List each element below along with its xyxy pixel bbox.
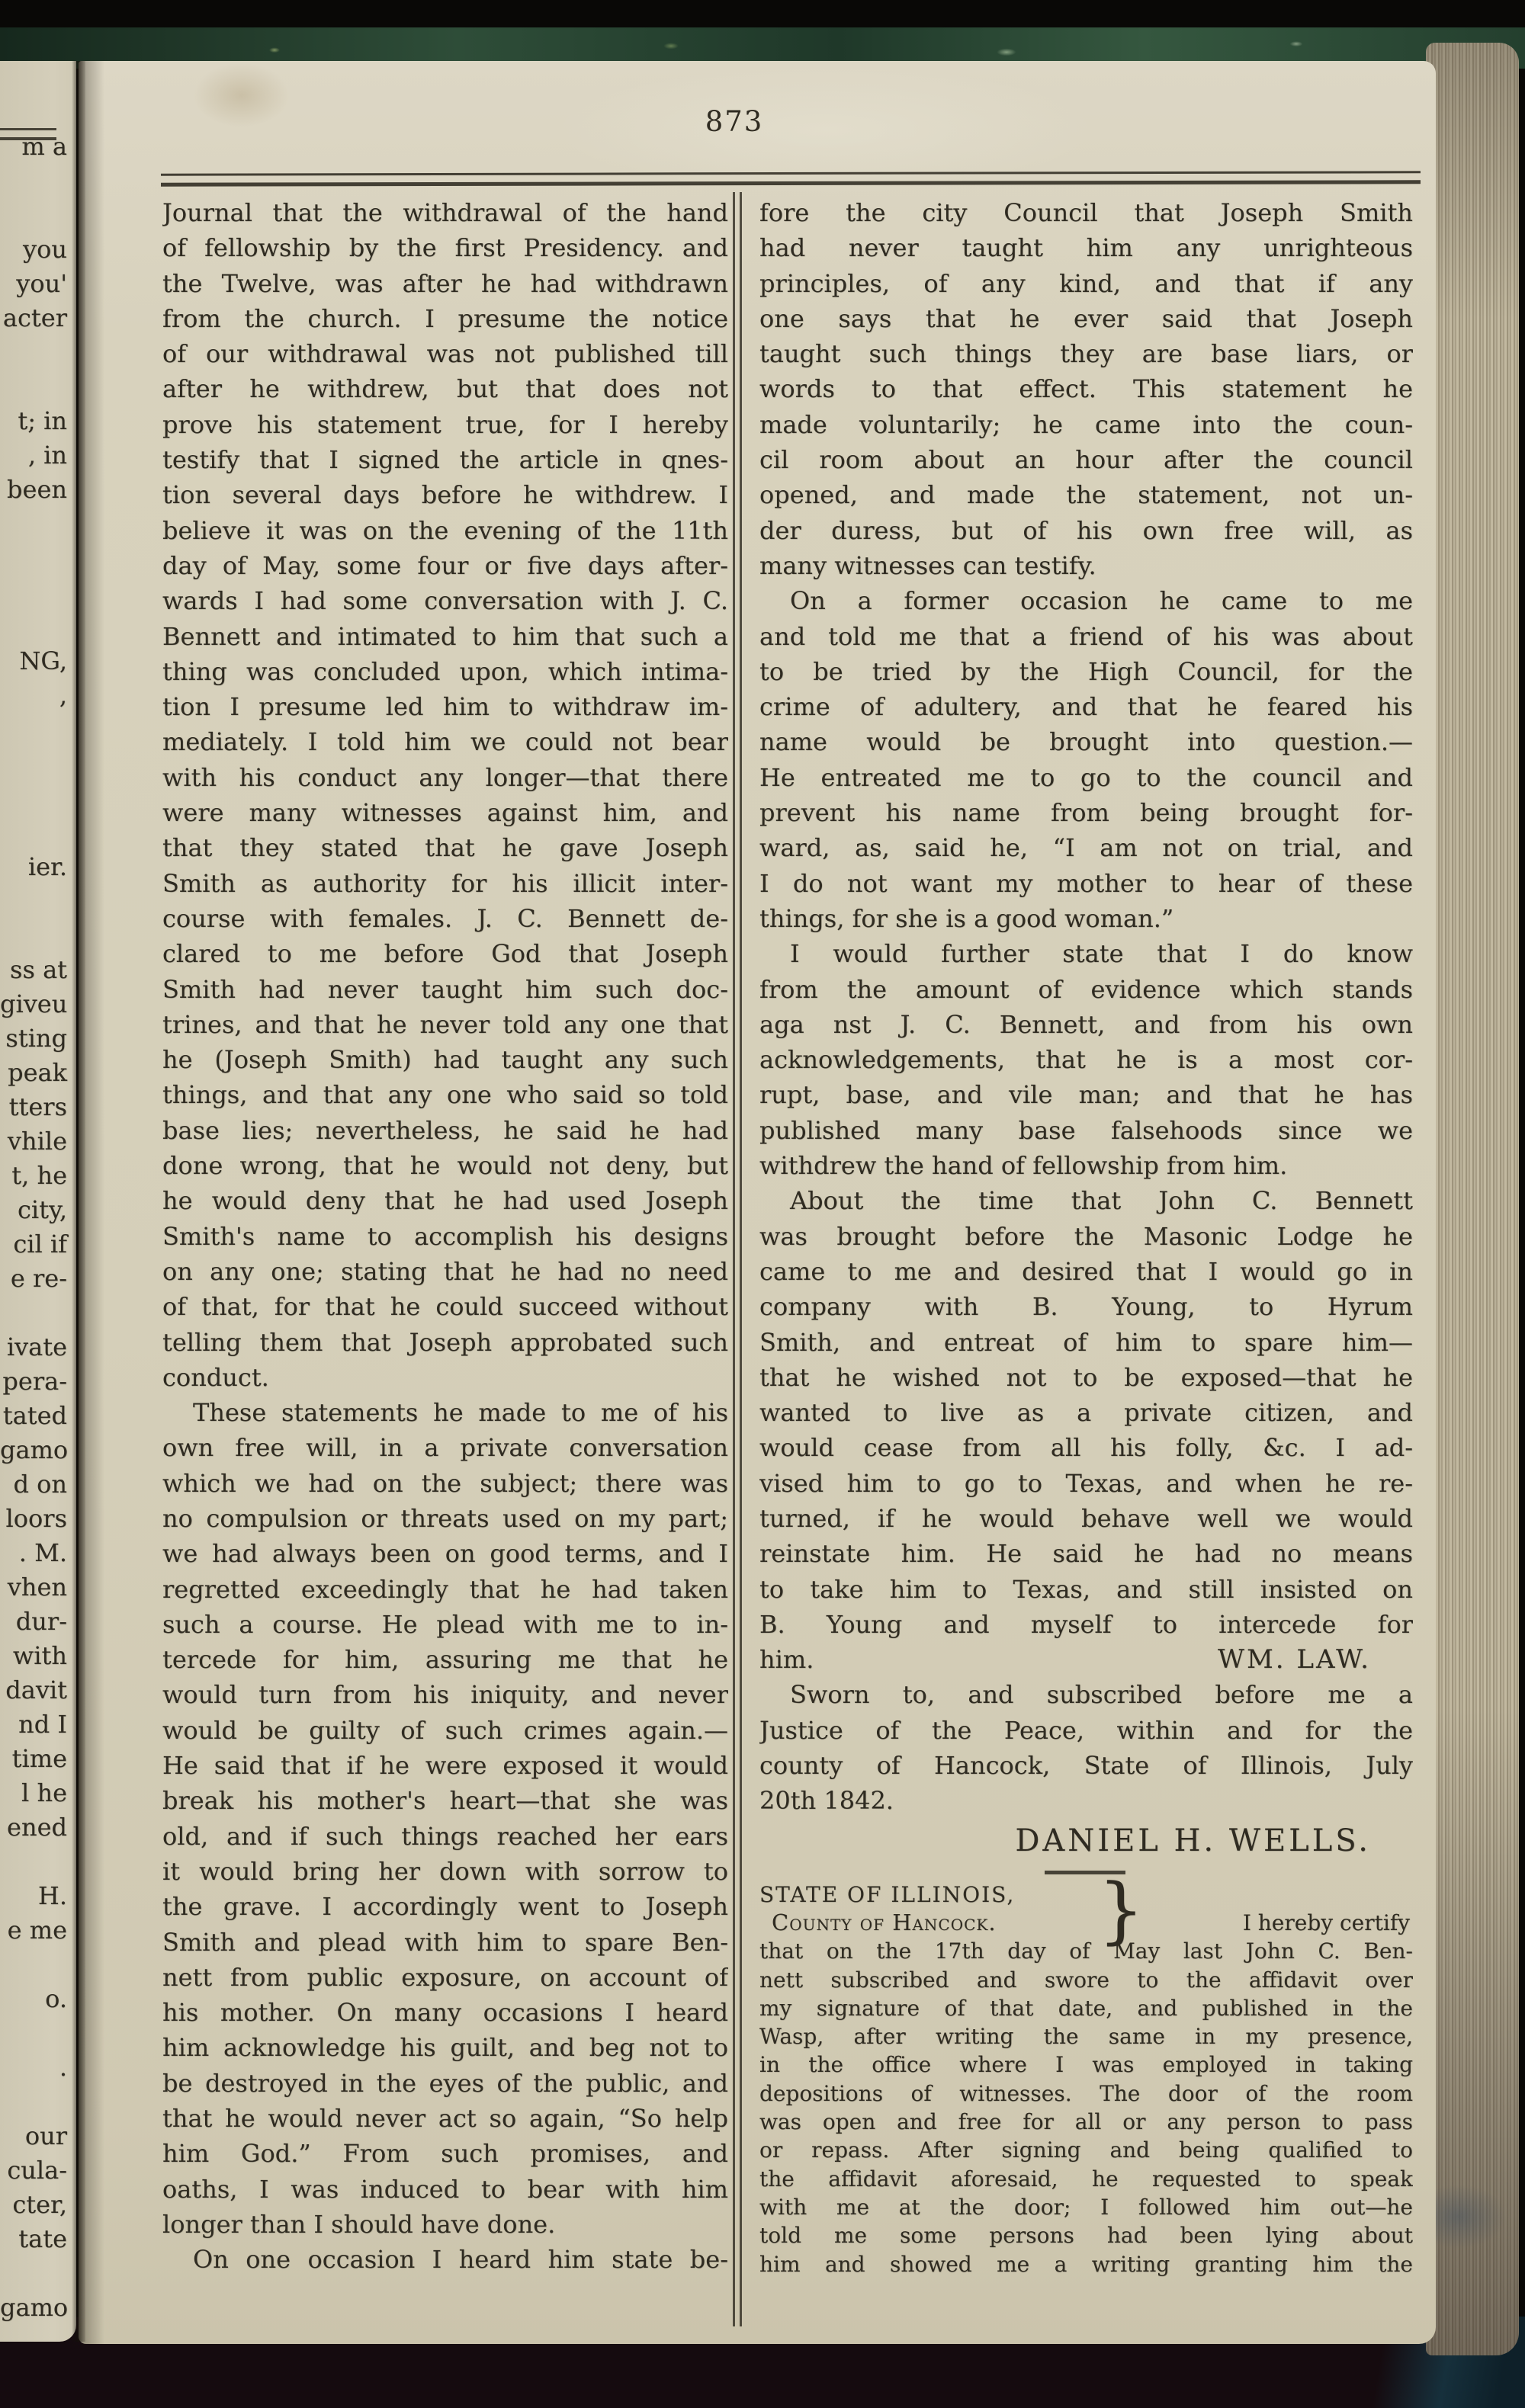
text-line: mediately. I told him we could not bear <box>162 724 728 759</box>
text-line: him God.” From such promises, and <box>162 2136 728 2171</box>
margin-fragment: o. <box>0 1982 76 2016</box>
margin-fragment: . <box>0 2050 76 2085</box>
text-line: from the church. I presume the notice <box>162 301 728 336</box>
text-line: rupt, base, and vile man; and that he ha… <box>759 1077 1413 1112</box>
text-line: to take him to Texas, and still insisted… <box>759 1572 1413 1607</box>
margin-fragment <box>0 198 76 232</box>
header-rule <box>161 171 1421 186</box>
text-line: that they stated that he gave Joseph <box>162 830 728 865</box>
text-line: on any one; stating that he had no need <box>162 1254 728 1289</box>
county-heading: County of Hancock. <box>759 1909 997 1937</box>
margin-fragment <box>0 781 76 816</box>
text-line: vised him to go to Texas, and when he re… <box>759 1466 1413 1501</box>
text-line: telling them that Joseph approbated such <box>162 1325 728 1360</box>
text-line: tercede for him, assuring me that he <box>162 1642 728 1677</box>
text-line: be destroyed in the eyes of the public, … <box>162 2066 728 2101</box>
margin-fragment: you <box>0 232 76 267</box>
text-line: der duress, but of his own free will, as <box>759 513 1413 548</box>
margin-fragment: e re- <box>0 1262 76 1296</box>
text-line: were many witnesses against him, and <box>162 795 728 830</box>
text-line: Smith as authority for his illicit inter… <box>162 866 728 901</box>
certificate-line: him and showed me a writing granting him… <box>759 2250 1413 2278</box>
text-line: Sworn to, and subscribed before me a <box>759 1677 1413 1712</box>
text-line: reinstate him. He said he had no means <box>759 1536 1413 1571</box>
attestation-signature: DANIEL H. WELLS. <box>759 1819 1413 1863</box>
text-line: About the time that John C. Bennett <box>759 1183 1413 1218</box>
margin-fragment <box>0 576 76 610</box>
certificate-line: told me some persons had been lying abou… <box>759 2221 1413 2249</box>
margin-fragment: l he <box>0 1776 76 1810</box>
text-line: the Twelve, was after he had withdrawn <box>162 266 728 301</box>
page: 873 Journal that the withdrawal of the h… <box>79 61 1436 2344</box>
text-line: to be tried by the High Council, for the <box>759 654 1413 689</box>
text-line: which we had on the subject; there was <box>162 1466 728 1501</box>
text-line: things, for she is a good woman.” <box>759 901 1413 936</box>
margin-fragment <box>0 2016 76 2050</box>
margin-fragment: tate <box>0 2222 76 2256</box>
margin-fragment: you' <box>0 267 76 301</box>
margin-fragment: ier. <box>0 850 76 884</box>
text-line: thing was concluded upon, which intima- <box>162 654 728 689</box>
text-line: break his mother's heart—that she was <box>162 1783 728 1818</box>
margin-fragment <box>0 747 76 781</box>
margin-fragment <box>0 164 76 198</box>
text-line: On a former occasion he came to me <box>759 583 1413 618</box>
certificate-line: Wasp, after writing the same in my prese… <box>759 2022 1413 2050</box>
state-heading: STATE OF ILLINOIS, <box>759 1881 1413 1909</box>
margin-fragment <box>0 919 76 953</box>
text-line: Justice of the Peace, within and for the <box>759 1713 1413 1748</box>
text-line: county of Hancock, State of Illinois, Ju… <box>759 1748 1413 1783</box>
margin-fragment: been <box>0 473 76 507</box>
text-line: words to that effect. This statement he <box>759 371 1413 406</box>
text-line: the grave. I accordingly went to Joseph <box>162 1889 728 1924</box>
text-line: it would bring her down with sorrow to <box>162 1854 728 1889</box>
left-column: Journal that the withdrawal of the hando… <box>162 195 728 2278</box>
right-column: fore the city Council that Joseph Smithh… <box>759 195 1413 2278</box>
text-line: company with B. Young, to Hyrum <box>759 1289 1413 1324</box>
text-line: I would further state that I do know <box>759 936 1413 971</box>
certificate-lines: that on the 17th day of May last John C.… <box>759 1937 1413 2278</box>
margin-fragment: sting <box>0 1021 76 1056</box>
text-line: name would be brought into question.— <box>759 724 1413 759</box>
text-line: longer than I should have done. <box>162 2207 728 2242</box>
text-line: prove his statement true, for I hereby <box>162 407 728 442</box>
margin-fragment: city, <box>0 1193 76 1227</box>
text-line: On one occasion I heard him state be- <box>162 2242 728 2277</box>
column-divider <box>733 192 742 2326</box>
margin-fragment <box>0 1948 76 1982</box>
margin-fragment <box>0 610 76 644</box>
margin-fragment: loors <box>0 1502 76 1536</box>
margin-fragment <box>0 507 76 541</box>
text-line: from the amount of evidence which stands <box>759 972 1413 1007</box>
text-line: believe it was on the evening of the 11t… <box>162 513 728 548</box>
margin-fragment: ivate <box>0 1330 76 1364</box>
text-line: he would deny that he had used Joseph <box>162 1183 728 1218</box>
text-line: he (Joseph Smith) had taught any such <box>162 1042 728 1077</box>
margin-fragment: NG, <box>0 644 76 678</box>
text-line: aga nst J. C. Bennett, and from his own <box>759 1007 1413 1042</box>
text-line: with his conduct any longer—that there <box>162 760 728 795</box>
text-line: tion I presume led him to withdraw im- <box>162 689 728 724</box>
text-line: him acknowledge his guilt, and beg not t… <box>162 2030 728 2065</box>
margin-fragment: ened <box>0 1810 76 1845</box>
margin-fragment: t, he <box>0 1159 76 1193</box>
margin-fragment: ss at <box>0 953 76 987</box>
certificate-line: my signature of that date, and published… <box>759 1994 1413 2022</box>
text-line: done wrong, that he would not deny, but <box>162 1148 728 1183</box>
text-line: many witnesses can testify. <box>759 548 1413 583</box>
margin-fragment: vhile <box>0 1124 76 1159</box>
text-line: B. Young and myself to intercede for <box>759 1607 1413 1642</box>
text-line: Journal that the withdrawal of the hand <box>162 195 728 230</box>
text-line: nett from public exposure, on account of <box>162 1960 728 1995</box>
text-line: Smith, and entreat of him to spare him— <box>759 1325 1413 1360</box>
margin-fragment <box>0 2085 76 2119</box>
certificate-line: or repass. After signing and being quali… <box>759 2136 1413 2164</box>
text-line: was brought before the Masonic Lodge he <box>759 1219 1413 1254</box>
text-line: taught such things they are base liars, … <box>759 336 1413 371</box>
margin-fragment <box>0 541 76 576</box>
certificate-block: } STATE OF ILLINOIS, County of Hancock. … <box>759 1881 1413 2278</box>
facing-page-edge: m ayouyou'actert; in, inbeenNG,,ier.ss a… <box>0 61 76 2342</box>
margin-fragment: nd I <box>0 1707 76 1742</box>
margin-fragment: peak <box>0 1056 76 1090</box>
margin-fragment: tters <box>0 1090 76 1124</box>
gutter-shadow <box>72 61 85 2342</box>
text-line: testify that I signed the article in qne… <box>162 442 728 477</box>
margin-fragment: t; in <box>0 404 76 438</box>
text-line: would be guilty of such crimes again.— <box>162 1713 728 1748</box>
text-line: principles, of any kind, and that if any <box>759 266 1413 301</box>
margin-fragment: cil if <box>0 1227 76 1262</box>
text-line: of that, for that he could succeed witho… <box>162 1289 728 1324</box>
margin-fragment: gamo <box>0 2291 76 2325</box>
text-line: of fellowship by the first Presidency. a… <box>162 230 728 265</box>
margin-fragment: giveu <box>0 987 76 1021</box>
text-line: oaths, I was induced to bear with him <box>162 2172 728 2207</box>
certificate-line: was open and free for all or any person … <box>759 2108 1413 2136</box>
text-line: conduct. <box>162 1360 728 1395</box>
certificate-line: with me at the door; I followed him out—… <box>759 2193 1413 2221</box>
certificate-line: in the office where I was employed in ta… <box>759 2050 1413 2079</box>
text-line: and told me that a friend of his was abo… <box>759 619 1413 654</box>
text-line: would cease from all his folly, &c. I ad… <box>759 1430 1413 1465</box>
text-line: These statements he made to me of his <box>162 1395 728 1430</box>
margin-fragment: davit <box>0 1673 76 1707</box>
book-scan: m ayouyou'actert; in, inbeenNG,,ier.ss a… <box>0 0 1525 2408</box>
text-line: such a course. He plead with me to in- <box>162 1607 728 1642</box>
text-line: crime of adultery, and that he feared hi… <box>759 689 1413 724</box>
margin-fragment: vhen <box>0 1570 76 1605</box>
margin-fragment <box>0 713 76 747</box>
text-line: Smith's name to accomplish his designs <box>162 1219 728 1254</box>
margin-fragment: gamo <box>0 1433 76 1467</box>
text-line: him.WM. LAW. <box>759 1642 1413 1677</box>
text-line: Smith and plead with him to spare Ben- <box>162 1925 728 1960</box>
margin-fragment: d on <box>0 1467 76 1502</box>
text-line: day of May, some four or five days after… <box>162 548 728 583</box>
text-line: own free will, in a private conversation <box>162 1430 728 1465</box>
text-line: would turn from his iniquity, and never <box>162 1677 728 1712</box>
text-line: wanted to live as a private citizen, and <box>759 1395 1413 1430</box>
certificate-line: that on the 17th day of May last John C.… <box>759 1937 1413 1965</box>
text-line: turned, if he would behave well we would <box>759 1501 1413 1536</box>
text-line: one says that he ever said that Joseph <box>759 301 1413 336</box>
certificate-line: depositions of witnesses. The door of th… <box>759 2079 1413 2108</box>
margin-fragment <box>0 335 76 370</box>
certify-intro: I hereby certify <box>1243 1909 1410 1937</box>
right-column-lines: fore the city Council that Joseph Smithh… <box>759 195 1413 1819</box>
margin-fragment: e me <box>0 1913 76 1948</box>
text-line: He entreated me to go to the council and <box>759 760 1413 795</box>
text-line: published many base falsehoods since we <box>759 1113 1413 1148</box>
text-line: ward, as, said he, “I am not on trial, a… <box>759 830 1413 865</box>
witness-signature: WM. LAW. <box>1218 1642 1413 1677</box>
text-line: tion several days before he withdrew. I <box>162 477 728 512</box>
text-line: came to me and desired that I would go i… <box>759 1254 1413 1289</box>
text-line: I do not want my mother to hear of these <box>759 866 1413 901</box>
margin-fragment <box>0 816 76 850</box>
facing-page-text-fragments: m ayouyou'actert; in, inbeenNG,,ier.ss a… <box>0 130 76 2325</box>
text-line: that he wished not to be exposed—that he <box>759 1360 1413 1395</box>
text-line: old, and if such things reached her ears <box>162 1819 728 1854</box>
text-line: Bennett and intimated to him that such a <box>162 619 728 654</box>
text-line: withdrew the hand of fellowship from him… <box>759 1148 1413 1183</box>
text-line: made voluntarily; he came into the coun- <box>759 407 1413 442</box>
margin-fragment: , <box>0 678 76 713</box>
margin-fragment <box>0 2256 76 2291</box>
margin-fragment: cter, <box>0 2188 76 2222</box>
margin-fragment: m a <box>0 130 76 164</box>
margin-fragment: time <box>0 1742 76 1776</box>
margin-fragment: H. <box>0 1879 76 1913</box>
text-line: that he would never act so again, “So he… <box>162 2101 728 2136</box>
text-line: He said that if he were exposed it would <box>162 1748 728 1783</box>
margin-fragment <box>0 370 76 404</box>
margin-fragment: dur- <box>0 1605 76 1639</box>
text-line: prevent his name from being brought for- <box>759 795 1413 830</box>
text-line: after he withdrew, but that does not <box>162 371 728 406</box>
text-line: we had always been on good terms, and I <box>162 1536 728 1571</box>
margin-fragment: tated <box>0 1399 76 1433</box>
text-line: wards I had some conversation with J. C. <box>162 583 728 618</box>
page-number: 873 <box>643 105 826 138</box>
text-line: trines, and that he never told any one t… <box>162 1007 728 1042</box>
certificate-line: nett subscribed and swore to the affidav… <box>759 1966 1413 1994</box>
text-line: fore the city Council that Joseph Smith <box>759 195 1413 230</box>
text-line: clared to me before God that Joseph <box>162 936 728 971</box>
margin-fragment <box>0 1845 76 1879</box>
text-line: had never taught him any unrighteous <box>759 230 1413 265</box>
text-line: of our withdrawal was not published till <box>162 336 728 371</box>
county-line: County of Hancock. I hereby certify <box>759 1909 1413 1937</box>
margin-fragment <box>0 884 76 919</box>
text-line: opened, and made the statement, not un- <box>759 477 1413 512</box>
text-line: course with females. J. C. Bennett de- <box>162 901 728 936</box>
text-line: Smith had never taught him such doc- <box>162 972 728 1007</box>
page-fore-edge <box>1426 43 1519 2355</box>
text-line: acknowledgements, that he is a most cor- <box>759 1042 1413 1077</box>
margin-fragment: acter <box>0 301 76 335</box>
margin-fragment: with <box>0 1639 76 1673</box>
margin-fragment: our <box>0 2119 76 2153</box>
margin-fragment: cula- <box>0 2153 76 2188</box>
text-line: no compulsion or threats used on my part… <box>162 1501 728 1536</box>
margin-fragment: pera- <box>0 1364 76 1399</box>
certificate-line: the affidavit aforesaid, he requested to… <box>759 2165 1413 2193</box>
text-line: things, and that any one who said so tol… <box>162 1077 728 1112</box>
text-line: base lies; nevertheless, he said he had <box>162 1113 728 1148</box>
text-line: regretted exceedingly that he had taken <box>162 1572 728 1607</box>
margin-fragment <box>0 1296 76 1330</box>
brace-glyph: } <box>1098 1868 1144 1952</box>
margin-fragment: , in <box>0 438 76 473</box>
text-line: 20th 1842. <box>759 1783 1413 1818</box>
text-line: cil room about an hour after the council <box>759 442 1413 477</box>
margin-fragment: . M. <box>0 1536 76 1570</box>
text-line: his mother. On many occasions I heard <box>162 1995 728 2030</box>
